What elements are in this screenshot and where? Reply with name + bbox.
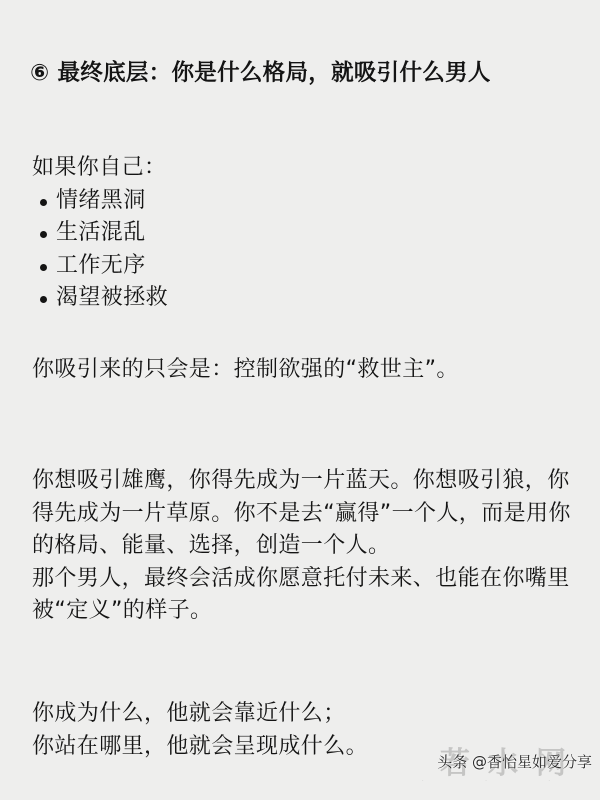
attract-paragraph: 你吸引来的只会是：控制欲强的“救世主”。	[32, 354, 577, 387]
list-item: 情绪黑洞	[32, 185, 577, 218]
definition-paragraph: 那个男人，最终会活成你愿意托付未来、也能在你嘴里被“定义”的样子。	[32, 563, 577, 628]
list-item: 工作无序	[32, 250, 577, 283]
list-item-text: 生活混乱	[56, 220, 146, 245]
list-item-text: 渴望被拯救	[56, 285, 168, 310]
intro-lead: 如果你自己：	[32, 152, 577, 185]
bullet-dot-icon	[40, 296, 47, 303]
bullet-dot-icon	[40, 264, 47, 271]
closing-line-1: 你成为什么，他就会靠近什么；	[32, 698, 577, 731]
list-item-text: 工作无序	[56, 253, 146, 278]
bullet-dot-icon	[40, 199, 47, 206]
metaphor-block: 你想吸引雄鹰，你得先成为一片蓝天。你想吸引狼，你得先成为一片草原。你不是去“赢得…	[32, 465, 577, 628]
section-title: ⑥ 最终底层：你是什么格局，就吸引什么男人	[30, 58, 550, 89]
trait-list: 情绪黑洞 生活混乱 工作无序 渴望被拯救	[32, 185, 577, 315]
intro-block: 如果你自己： 情绪黑洞 生活混乱 工作无序 渴望被拯救	[32, 152, 577, 315]
watermark-subtext: · · ·	[422, 778, 580, 784]
list-item-text: 情绪黑洞	[56, 188, 146, 213]
list-item: 渴望被拯救	[32, 282, 577, 315]
list-item: 生活混乱	[32, 217, 577, 250]
watermark-author: 头条 @香怡星如爱分享	[437, 751, 592, 772]
metaphor-paragraph: 你想吸引雄鹰，你得先成为一片蓝天。你想吸引狼，你得先成为一片草原。你不是去“赢得…	[32, 465, 577, 563]
bullet-dot-icon	[40, 231, 47, 238]
watermark: 若水网 · · · 头条 @香怡星如爱分享	[414, 738, 594, 788]
